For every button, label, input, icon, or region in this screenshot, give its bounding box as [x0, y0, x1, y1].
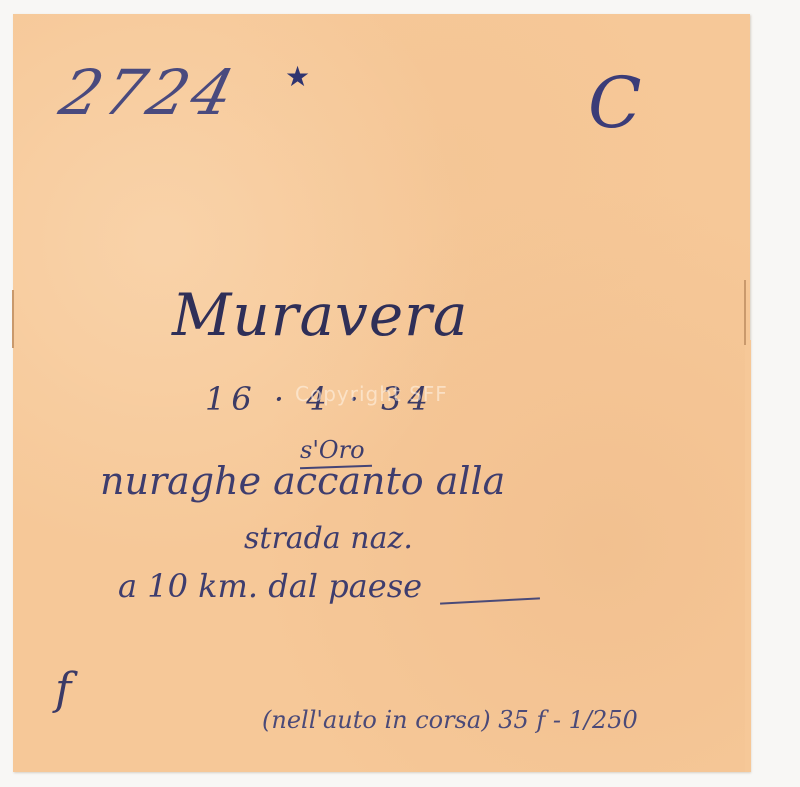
- catalog-number: 2724: [54, 62, 243, 124]
- series-letter: C: [588, 68, 642, 138]
- card-fold-offset: [745, 340, 751, 772]
- fold-mark-left: [12, 290, 14, 348]
- fold-mark-right: [744, 280, 746, 345]
- description-line-1: nuraghe accanto alla: [100, 462, 505, 500]
- copyright-watermark: Copyright SFF: [295, 382, 448, 406]
- photographer-mark: f: [55, 668, 71, 712]
- camera-notes: (nell'auto in corsa) 35 f - 1/250: [262, 708, 638, 732]
- description-line-3: a 10 km. dal paese: [118, 570, 422, 602]
- star-icon: ★: [285, 60, 310, 93]
- scan-background: 2724 ★ C Muravera 16 · 4 · 34 s'Oro nura…: [0, 0, 800, 787]
- description-line-2: strada naz.: [244, 524, 413, 554]
- place-name: Muravera: [172, 286, 468, 344]
